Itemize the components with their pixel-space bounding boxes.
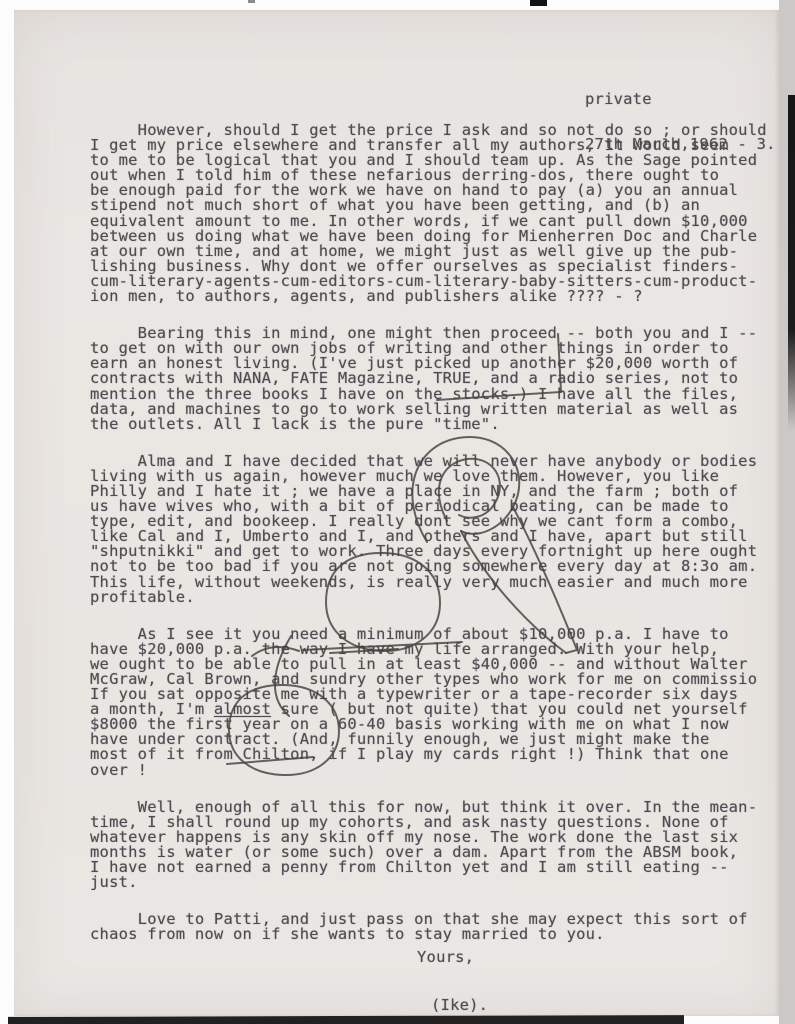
letter-line: over ! — [90, 763, 795, 778]
paragraph: Bearing this in mind, one might then pro… — [90, 326, 795, 432]
letter-line: just. — [90, 875, 795, 890]
letter-line: the outlets. All I lack is the pure "tim… — [90, 417, 795, 432]
letter-line: This life, without weekends, is really v… — [90, 575, 795, 590]
paragraph: As I see it you need a minimum of about … — [90, 627, 795, 778]
scan-bottom-bar — [8, 1015, 684, 1024]
letter-line: profitable. — [90, 590, 795, 605]
letter-line: most of it from Chilton, if I play my ca… — [90, 747, 795, 762]
letter-line: chaos from now on if she wants to stay m… — [90, 927, 795, 942]
scan-artifact-mark — [530, 0, 547, 6]
paragraph: Love to Patti, and just pass on that she… — [90, 912, 795, 942]
scanned-letter-page: private 27th March,1962 - 3. However, sh… — [0, 0, 795, 1024]
signature-line: (Ike). — [431, 998, 488, 1013]
privacy-label: private — [585, 92, 776, 107]
paragraph: However, should I get the price I ask an… — [90, 123, 795, 304]
letter-line: ion men, to authors, agents, and publish… — [90, 289, 795, 304]
closing-line: Yours, — [417, 950, 474, 965]
letter-body: However, should I get the price I ask an… — [90, 123, 795, 964]
paragraph: Well, enough of all this for now, but th… — [90, 800, 795, 891]
letter-line: I have not earned a penny from Chilton y… — [90, 860, 795, 875]
scan-artifact-mark — [248, 0, 255, 3]
paragraph: Alma and I have decided that we will nev… — [90, 454, 795, 605]
